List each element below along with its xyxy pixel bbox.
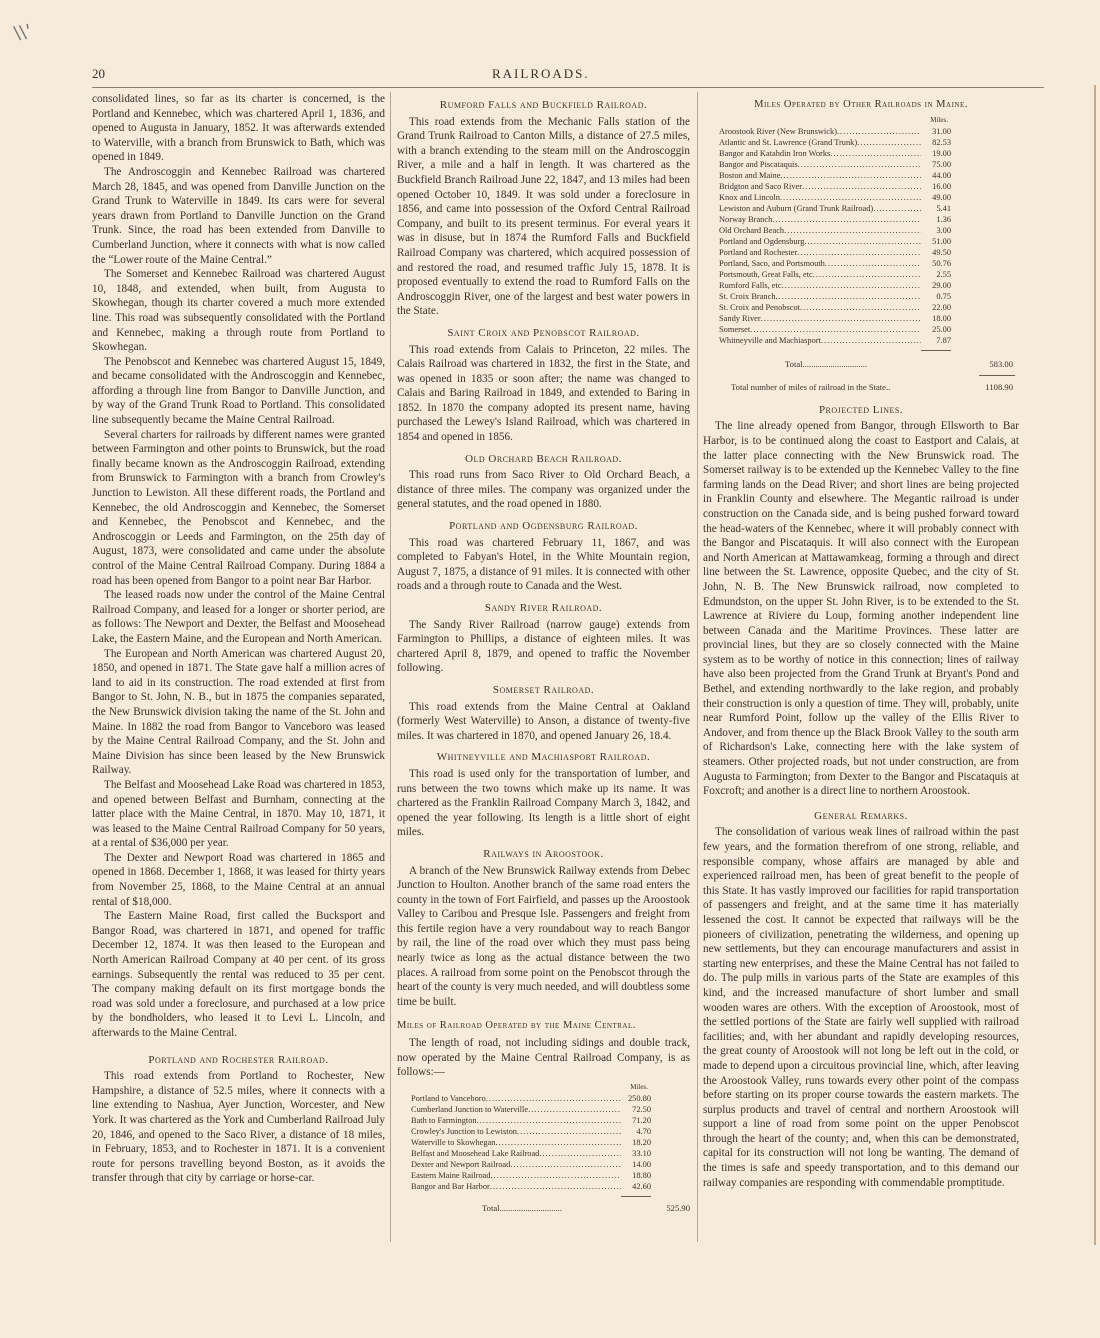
page-edge bbox=[1094, 85, 1096, 1245]
table-row: Bath to Farmington71.20 bbox=[411, 1115, 651, 1126]
column-2: Rumford Falls and Buckfield Railroad. Th… bbox=[397, 92, 690, 1215]
table-row: Eastern Maine Railroad18.80 bbox=[411, 1170, 651, 1181]
state-total-row: Total number of miles of railroad in the… bbox=[703, 380, 1019, 395]
table-row: Rumford Falls, etc29.00 bbox=[719, 280, 951, 291]
page-header: 20 RAILROADS. bbox=[92, 66, 1052, 86]
table-row: Norway Branch1.36 bbox=[719, 214, 951, 225]
column-divider bbox=[697, 92, 698, 1242]
section-heading: Miles Operated by Other Railroads in Mai… bbox=[703, 98, 1019, 113]
table-row: Atlantic and St. Lawrence (Grand Trunk)8… bbox=[719, 137, 951, 148]
section-heading: Miles of Railroad Operated by the Maine … bbox=[397, 1019, 690, 1034]
paragraph: This road is used only for the transport… bbox=[397, 767, 690, 840]
table-row: Old Orchard Beach3.00 bbox=[719, 225, 951, 236]
table-row: Portsmouth, Great Falls, etc2.55 bbox=[719, 269, 951, 280]
section-heading: Portland and Rochester Railroad. bbox=[92, 1053, 385, 1068]
table-row: Boston and Maine44.00 bbox=[719, 170, 951, 181]
page-number: 20 bbox=[92, 66, 105, 82]
paragraph: The Somerset and Kennebec Railroad was c… bbox=[92, 267, 385, 355]
table-row: Belfast and Moosehead Lake Railroad33.10 bbox=[411, 1148, 651, 1159]
paragraph: The Androscoggin and Kennebec Railroad w… bbox=[92, 165, 385, 267]
total-value: 583.00 bbox=[989, 357, 1019, 372]
document-page: \\' 20 RAILROADS. consolidated lines, so… bbox=[0, 0, 1100, 1338]
table-row: Cumberland Junction to Waterville72.50 bbox=[411, 1104, 651, 1115]
table-row: Dexter and Newport Railroad14.00 bbox=[411, 1159, 651, 1170]
table-row: St. Croix and Penobscot22.00 bbox=[719, 302, 951, 313]
column-3: Miles Operated by Other Railroads in Mai… bbox=[703, 92, 1019, 1190]
total-rule bbox=[921, 350, 951, 351]
paragraph: This road extends from the Mechanic Fall… bbox=[397, 115, 690, 319]
paragraph: The Dexter and Newport Road was chartere… bbox=[92, 851, 385, 909]
column-divider bbox=[390, 92, 391, 1242]
paragraph: This road extends from the Maine Central… bbox=[397, 700, 690, 744]
total-rule bbox=[979, 375, 1015, 376]
table-row: Crowley's Junction to Lewiston4.70 bbox=[411, 1126, 651, 1137]
paragraph: This road runs from Saco River to Old Or… bbox=[397, 468, 690, 512]
table-row: Whitneyville and Machiasport7.87 bbox=[719, 335, 951, 346]
table-row: Portland and Ogdensburg51.00 bbox=[719, 236, 951, 247]
total-rule bbox=[621, 1196, 651, 1197]
section-heading: Projected Lines. bbox=[703, 403, 1019, 418]
state-total-value: 1108.90 bbox=[985, 380, 1019, 395]
paragraph: consolidated lines, so far as its charte… bbox=[92, 92, 385, 165]
column-1: consolidated lines, so far as its charte… bbox=[92, 92, 385, 1186]
paragraph: The Eastern Maine Road, first called the… bbox=[92, 909, 385, 1040]
table-row: Sandy River18.00 bbox=[719, 313, 951, 324]
paragraph: The European and North American was char… bbox=[92, 647, 385, 778]
table-unit-header: Miles. bbox=[411, 1082, 651, 1093]
paragraph: This road extends from Calais to Princet… bbox=[397, 343, 690, 445]
table-row: Portland and Rochester49.50 bbox=[719, 247, 951, 258]
table-row: Waterville to Skowhegan18.20 bbox=[411, 1137, 651, 1148]
table-row: Portland, Saco, and Portsmouth50.76 bbox=[719, 258, 951, 269]
paragraph: The Penobscot and Kennebec was chartered… bbox=[92, 355, 385, 428]
section-heading: Old Orchard Beach Railroad. bbox=[397, 452, 690, 467]
maine-central-mileage-table: Miles. Portland to Vanceboro250.80 Cumbe… bbox=[411, 1082, 651, 1197]
table-row: Bridgton and Saco River16.00 bbox=[719, 181, 951, 192]
total-value: 525.90 bbox=[666, 1201, 690, 1216]
section-heading: Somerset Railroad. bbox=[397, 683, 690, 698]
table-row: Somerset25.00 bbox=[719, 324, 951, 335]
paragraph: A branch of the New Brunswick Railway ex… bbox=[397, 864, 690, 1010]
table-row: Lewiston and Auburn (Grand Trunk Railroa… bbox=[719, 203, 951, 214]
section-heading: General Remarks. bbox=[703, 809, 1019, 824]
paragraph: This road extends from Portland to Roche… bbox=[92, 1069, 385, 1186]
paragraph: The length of road, not including siding… bbox=[397, 1036, 690, 1080]
table-row: Bangor and Piscataquis75.00 bbox=[719, 159, 951, 170]
table-row: St. Croix Branch0.75 bbox=[719, 291, 951, 302]
section-heading: Sandy River Railroad. bbox=[397, 601, 690, 616]
paragraph: The Belfast and Moosehead Lake Road was … bbox=[92, 778, 385, 851]
table-row: Bangor and Katahdin Iron Works19.00 bbox=[719, 148, 951, 159]
table-row: Bangor and Bar Harbor42.60 bbox=[411, 1181, 651, 1192]
table-total-row: Total.............................. 583.… bbox=[703, 357, 1019, 372]
table-row: Aroostook River (New Brunswick)31.00 bbox=[719, 126, 951, 137]
section-heading: Rumford Falls and Buckfield Railroad. bbox=[397, 98, 690, 113]
table-row: Knox and Lincoln49.00 bbox=[719, 192, 951, 203]
paragraph: The Sandy River Railroad (narrow gauge) … bbox=[397, 618, 690, 676]
section-heading: Railways in Aroostook. bbox=[397, 847, 690, 862]
paragraph: This road was chartered February 11, 186… bbox=[397, 536, 690, 594]
section-heading: Whitneyville and Machiasport Railroad. bbox=[397, 750, 690, 765]
header-rule bbox=[92, 87, 1044, 88]
paragraph: The line already opened from Bangor, thr… bbox=[703, 419, 1019, 798]
paragraph: The leased roads now under the control o… bbox=[92, 588, 385, 646]
table-row: Portland to Vanceboro250.80 bbox=[411, 1093, 651, 1104]
section-heading: Portland and Ogdensburg Railroad. bbox=[397, 519, 690, 534]
running-title: RAILROADS. bbox=[492, 66, 590, 82]
handwritten-margin-note: \\' bbox=[12, 21, 32, 45]
other-railroads-mileage-table: Miles. Aroostook River (New Brunswick)31… bbox=[719, 115, 951, 351]
section-heading: Saint Croix and Penobscot Railroad. bbox=[397, 326, 690, 341]
paragraph: The consolidation of various weak lines … bbox=[703, 825, 1019, 1190]
table-unit-header: Miles. bbox=[719, 115, 951, 126]
table-total-row: Total............................. 525.9… bbox=[397, 1201, 690, 1216]
paragraph: Several charters for railroads by differ… bbox=[92, 428, 385, 589]
